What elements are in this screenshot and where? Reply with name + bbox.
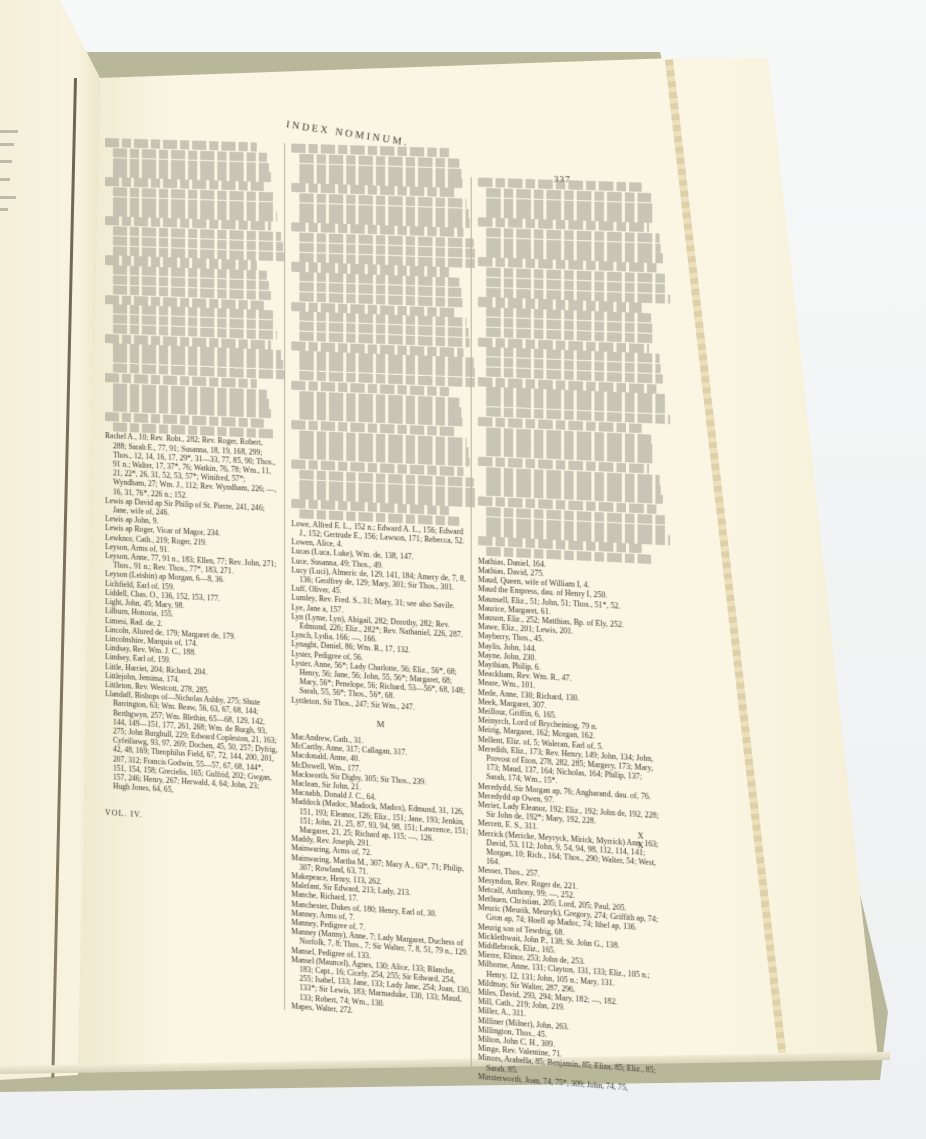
index-entries: Lowe, Alfred E. L., 152 n.; Edward A. L.…	[291, 519, 470, 715]
illegible-text-lines	[291, 143, 470, 526]
left-page-text-fragment	[0, 178, 10, 181]
index-column-2: Lowe, Alfred E. L., 152 n.; Edward A. L.…	[284, 143, 471, 1023]
index-entry: Llandaff, Bishops of—Nicholas Ashby, 275…	[105, 689, 278, 801]
left-page-text-fragment	[0, 196, 16, 199]
left-page-text-fragment	[0, 130, 18, 133]
left-page-text-fragment	[0, 160, 12, 163]
index-column-1: Rachel A., 10; Rev. Robt., 282; Rev. Rog…	[105, 138, 278, 801]
volume-label: VOL. IV.	[105, 808, 143, 819]
printer-signature: X X	[638, 831, 659, 851]
illegible-text-lines	[478, 178, 664, 565]
illegible-text-lines	[105, 138, 278, 438]
index-entries: Mathias, Daniel, 164.Mathias, David, 275…	[478, 556, 664, 1095]
index-entries-m: MacAndrew, Cath., 31.McCarthy, Anne, 317…	[291, 732, 470, 1024]
printed-text-block: INDEX NOMINUM. 337 Rachel A., 10; Rev. R…	[105, 108, 659, 863]
section-letter-heading: M	[291, 715, 470, 735]
index-entries: Rachel A., 10; Rev. Robt., 282; Rev. Rog…	[105, 431, 278, 801]
left-page-text-fragment	[0, 208, 8, 211]
index-entry: Rachel A., 10; Rev. Robt., 282; Rev. Rog…	[105, 431, 278, 504]
left-page-text-fragment	[0, 143, 14, 146]
index-column-3: Mathias, Daniel, 164.Mathias, David, 275…	[471, 177, 664, 1095]
